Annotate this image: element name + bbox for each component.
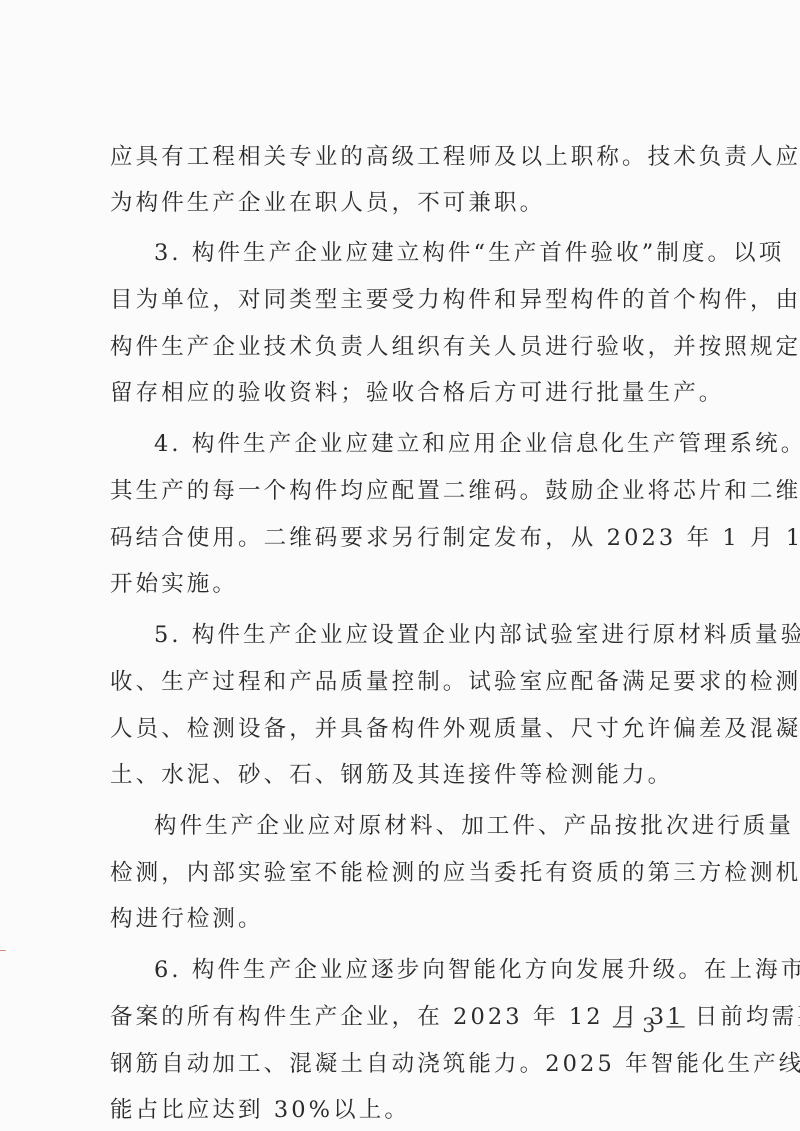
text-line: 为构件生产企业在职人员，不可兼职。 (110, 186, 690, 220)
text-line: 留存相应的验收资料；验收合格后方可进行批量生产。 (110, 376, 690, 410)
text-line: 构件生产企业技术负责人组织有关人员进行验收，并按照规定 (110, 330, 690, 364)
text-line: 其生产的每一个构件均应配置二维码。鼓励企业将芯片和二维 (110, 474, 690, 508)
text-line: 能占比应达到 30%以上。 (110, 1093, 690, 1127)
page-number: — 3 — (612, 1013, 687, 1037)
text-line: 检测，内部实验室不能检测的应当委托有资质的第三方检测机 (110, 856, 690, 890)
paragraph-5-start: 5. 构件生产企业应设置企业内部试验室进行原材料质量验 (110, 618, 734, 652)
text-line: 应具有工程相关专业的高级工程师及以上职称。技术负责人应 (110, 140, 690, 174)
scan-edge-mark (0, 950, 6, 951)
text-line: 人员、检测设备，并具备构件外观质量、尺寸允许偏差及混凝 (110, 712, 690, 746)
paragraph-5b-start: 构件生产企业应对原材料、加工件、产品按批次进行质量 (110, 809, 734, 843)
text-line: 钢筋自动加工、混凝土自动浇筑能力。2025 年智能化生产线产 (110, 1047, 690, 1081)
text-line: 目为单位，对同类型主要受力构件和异型构件的首个构件，由 (110, 283, 690, 317)
text-line: 码结合使用。二维码要求另行制定发布，从 2023 年 1 月 1 日起 (110, 521, 690, 555)
paragraph-6-start: 6. 构件生产企业应逐步向智能化方向发展升级。在上海市 (110, 953, 734, 987)
paragraph-3-start: 3. 构件生产企业应建立构件“生产首件验收”制度。以项 (110, 236, 734, 270)
text-line: 收、生产过程和产品质量控制。试验室应配备满足要求的检测 (110, 665, 690, 699)
text-line: 土、水泥、砂、石、钢筋及其连接件等检测能力。 (110, 758, 690, 792)
paragraph-4-start: 4. 构件生产企业应建立和应用企业信息化生产管理系统。 (110, 427, 734, 461)
text-line: 开始实施。 (110, 567, 690, 601)
text-line: 备案的所有构件生产企业，在 2023 年 12 月 31 日前均需要具备 (110, 1000, 690, 1034)
text-line: 构进行检测。 (110, 902, 690, 936)
